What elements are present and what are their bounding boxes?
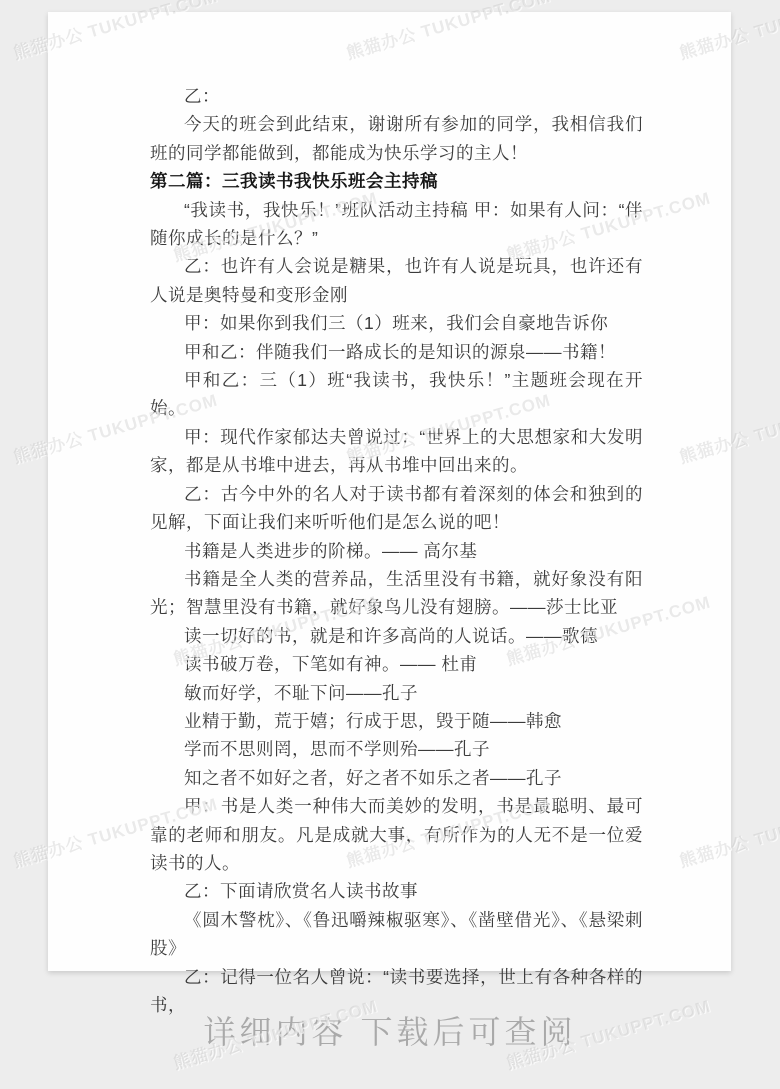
- paragraph: 甲：如果你到我们三（1）班来，我们会自豪地告诉你: [150, 309, 643, 337]
- paragraph: 乙：下面请欣赏名人读书故事: [150, 877, 643, 905]
- preview-viewport: 乙： 今天的班会到此结束，谢谢所有参加的同学，我相信我们班的同学都能做到，都能成…: [0, 0, 780, 1089]
- paragraph: 《圆木警枕》、《鲁迅嚼辣椒驱寒》、《凿壁借光》、《悬梁刺股》: [150, 906, 643, 963]
- document-body: 乙： 今天的班会到此结束，谢谢所有参加的同学，我相信我们班的同学都能做到，都能成…: [150, 82, 643, 1019]
- paragraph: 读书破万卷，下笔如有神。—— 杜甫: [150, 650, 643, 678]
- paragraph: 乙：古今中外的名人对于读书都有着深刻的体会和独到的见解，下面让我们来听听他们是怎…: [150, 480, 643, 537]
- paragraph: 书籍是人类进步的阶梯。—— 高尔基: [150, 537, 643, 565]
- paragraph: “我读书，我快乐！”班队活动主持稿 甲：如果有人问：“伴随你成长的是什么？”: [150, 196, 643, 253]
- document-page: 乙： 今天的班会到此结束，谢谢所有参加的同学，我相信我们班的同学都能做到，都能成…: [48, 12, 731, 971]
- paragraph: 甲：书是人类一种伟大而美妙的发明，书是最聪明、最可靠的老师和朋友。凡是成就大事，…: [150, 792, 643, 877]
- section-heading: 第二篇：三我读书我快乐班会主持稿: [150, 167, 643, 195]
- footer-caption: 详细内容 下载后可查阅: [204, 1007, 577, 1053]
- paragraph: 学而不思则罔，思而不学则殆——孔子: [150, 735, 643, 763]
- paragraph: 甲和乙：三（1）班“我读书，我快乐！”主题班会现在开始。: [150, 366, 643, 423]
- paragraph: 今天的班会到此结束，谢谢所有参加的同学，我相信我们班的同学都能做到，都能成为快乐…: [150, 110, 643, 167]
- paragraph: 业精于勤，荒于嬉；行成于思，毁于随——韩愈: [150, 707, 643, 735]
- paragraph: 读一切好的书，就是和许多高尚的人说话。——歌德: [150, 622, 643, 650]
- paragraph: 乙：也许有人会说是糖果，也许有人说是玩具，也许还有人说是奥特曼和变形金刚: [150, 252, 643, 309]
- paragraph: 甲和乙：伴随我们一路成长的是知识的源泉——书籍！: [150, 338, 643, 366]
- footer-strip: 详细内容 下载后可查阅: [0, 971, 780, 1089]
- paragraph: 甲：现代作家郁达夫曾说过：“世界上的大思想家和大发明家，都是从书堆中进去，再从书…: [150, 423, 643, 480]
- paragraph: 知之者不如好之者，好之者不如乐之者——孔子: [150, 764, 643, 792]
- paragraph: 乙：: [150, 82, 643, 110]
- paragraph: 书籍是全人类的营养品，生活里没有书籍，就好象没有阳光；智慧里没有书籍，就好象鸟儿…: [150, 565, 643, 622]
- paragraph: 敏而好学，不耻下问——孔子: [150, 679, 643, 707]
